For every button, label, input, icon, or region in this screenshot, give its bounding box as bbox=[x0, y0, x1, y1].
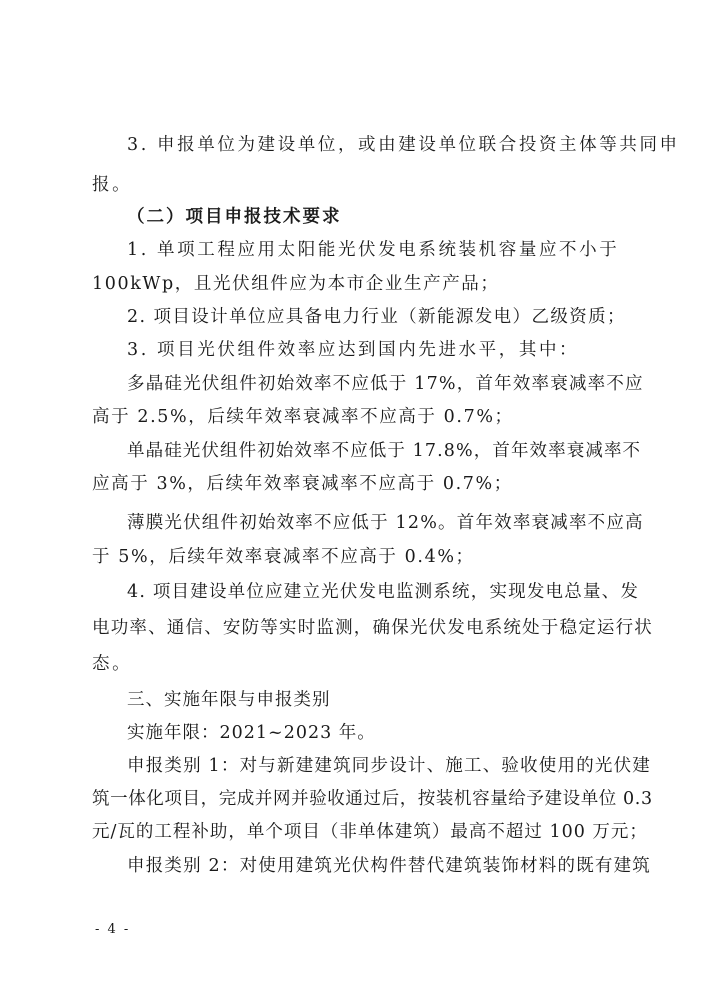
paragraph-line: 单晶硅光伏组件初始效率不应低于 17.8%，首年效率衰减率不 bbox=[127, 437, 641, 462]
paragraph-line: 报。 bbox=[92, 171, 132, 196]
paragraph-line: 100kWp，且光伏组件应为本市企业生产产品； bbox=[92, 270, 500, 295]
paragraph-line: 实施年限：2021~2023 年。 bbox=[127, 719, 376, 744]
paragraph-line: 1. 单项工程应用太阳能光伏发电系统装机容量应不小于 bbox=[127, 236, 619, 261]
paragraph-line: 电功率、通信、安防等实时监测，确保光伏发电系统处于稳定运行状 bbox=[92, 614, 653, 639]
page-number: - 4 - bbox=[95, 922, 130, 937]
paragraph-line: 4. 项目建设单位应建立光伏发电监测系统，实现发电总量、发 bbox=[127, 578, 639, 603]
paragraph-line: 3. 项目光伏组件效率应达到国内先进水平，其中： bbox=[127, 336, 579, 361]
paragraph-line: 于 5%，后续年效率衰减率不应高于 0.4%； bbox=[92, 543, 475, 568]
paragraph-line: 申报类别 1：对与新建建筑同步设计、施工、验收使用的光伏建 bbox=[127, 752, 651, 777]
section-heading: 三、实施年限与申报类别 bbox=[127, 686, 331, 711]
paragraph-line: 筑一体化项目，完成并网并验收通过后，按装机容量给予建设单位 0.3 bbox=[92, 785, 653, 810]
paragraph-line: 应高于 3%，后续年效率衰减率不应高于 0.7%； bbox=[92, 470, 513, 495]
paragraph-line: 高于 2.5%，后续年效率衰减率不应高于 0.7%； bbox=[92, 403, 514, 428]
paragraph-line: 2. 项目设计单位应具备电力行业（新能源发电）乙级资质； bbox=[127, 303, 626, 328]
paragraph-line: 元/瓦的工程补助，单个项目（非单体建筑）最高不超过 100 万元； bbox=[92, 818, 648, 843]
paragraph-line: 申报类别 2：对使用建筑光伏构件替代建筑装饰材料的既有建筑 bbox=[127, 852, 651, 877]
paragraph-line: 3. 申报单位为建设单位，或由建设单位联合投资主体等共同申 bbox=[127, 131, 680, 156]
paragraph-line: 多晶硅光伏组件初始效率不应低于 17%，首年效率衰减率不应 bbox=[127, 370, 644, 395]
paragraph-line: 薄膜光伏组件初始效率不应低于 12%。首年效率衰减率不应高 bbox=[127, 509, 644, 534]
section-heading: （二）项目申报技术要求 bbox=[127, 203, 342, 228]
paragraph-line: 态。 bbox=[92, 650, 132, 675]
